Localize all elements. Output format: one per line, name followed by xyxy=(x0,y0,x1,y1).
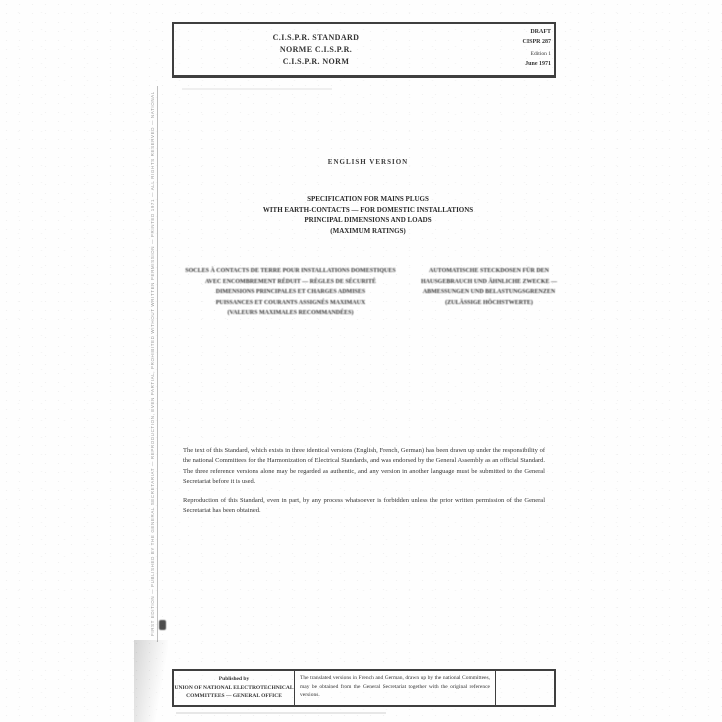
title-en-line-3: PRINCIPAL DIMENSIONS AND LOADS xyxy=(172,215,564,226)
foreword-paragraph-1: The text of this Standard, which exists … xyxy=(183,446,545,488)
publisher-line-2: UNION OF NATIONAL ELECTROTECHNICAL xyxy=(174,684,294,693)
scan-artifact-blob xyxy=(159,620,166,630)
title-fr-line-5: (VALEURS MAXIMALES RECOMMANDÉES) xyxy=(183,308,398,319)
title-fr-line-2: AVEC ENCOMBREMENT RÉDUIT — RÈGLES DE SÉC… xyxy=(183,277,398,288)
scan-smudge-under-header xyxy=(182,88,332,90)
foreword-paragraph-2: Reproduction of this Standard, even in p… xyxy=(183,496,545,517)
version-label: ENGLISH VERSION xyxy=(172,158,564,166)
reference-date: June 1971 xyxy=(481,60,551,70)
standard-name-line-1: C.I.S.P.R. STANDARD xyxy=(200,32,432,44)
spine-rotated-text: FIRST EDITION — PUBLISHED BY THE GENERAL… xyxy=(147,92,160,636)
foreword-block: The text of this Standard, which exists … xyxy=(183,446,545,516)
reference-number: CISPR 287 xyxy=(481,38,551,48)
standard-name-line-2: NORME C.I.S.P.R. xyxy=(200,44,432,56)
title-fr-line-1: SOCLES À CONTACTS DE TERRE POUR INSTALLA… xyxy=(183,266,398,277)
standard-name-block: C.I.S.P.R. STANDARD NORME C.I.S.P.R. C.I… xyxy=(200,32,432,68)
title-de-line-3: ABMESSUNGEN UND BELASTUNGSGRENZEN xyxy=(420,287,558,298)
availability-notice-cell: The translated versions in French and Ge… xyxy=(295,671,496,705)
title-fr-line-3: DIMENSIONS PRINCIPALES ET CHARGES ADMISE… xyxy=(183,287,398,298)
publisher-line-3: COMMITTEES — GENERAL OFFICE xyxy=(174,692,294,701)
footer-box: Published by UNION OF NATIONAL ELECTROTE… xyxy=(172,669,556,707)
reference-draft-label: DRAFT xyxy=(481,28,551,38)
title-fr-line-4: PUISSANCES ET COURANTS ASSIGNÉS MAXIMAUX xyxy=(183,298,398,309)
scan-noise-overlay xyxy=(0,0,722,722)
reference-block: DRAFT CISPR 287 Edition 1 June 1971 xyxy=(481,28,551,69)
title-de-line-1: AUTOMATISCHE STECKDOSEN FÜR DEN xyxy=(420,266,558,277)
title-de-line-2: HAUSGEBRAUCH UND ÄHNLICHE ZWECKE — xyxy=(420,277,558,288)
document-title-french: SOCLES À CONTACTS DE TERRE POUR INSTALLA… xyxy=(183,266,398,319)
standard-name-line-3: C.I.S.P.R. NORM xyxy=(200,56,432,68)
publisher-cell: Published by UNION OF NATIONAL ELECTROTE… xyxy=(174,671,295,705)
document-title-english: SPECIFICATION FOR MAINS PLUGS WITH EARTH… xyxy=(172,194,564,236)
title-en-line-2: WITH EARTH-CONTACTS — FOR DOMESTIC INSTA… xyxy=(172,205,564,216)
scan-corner-smudge xyxy=(134,640,168,722)
scan-smudge-bottom xyxy=(176,712,386,714)
publisher-line-1: Published by xyxy=(174,675,294,684)
title-en-line-1: SPECIFICATION FOR MAINS PLUGS xyxy=(172,194,564,205)
reference-edition: Edition 1 xyxy=(481,50,551,60)
header-box: C.I.S.P.R. STANDARD NORME C.I.S.P.R. C.I… xyxy=(172,22,556,78)
title-en-line-4: (MAXIMUM RATINGS) xyxy=(172,226,564,237)
scanned-document-page: FIRST EDITION — PUBLISHED BY THE GENERAL… xyxy=(0,0,722,722)
document-title-german: AUTOMATISCHE STECKDOSEN FÜR DEN HAUSGEBR… xyxy=(420,266,558,308)
title-de-line-4: (ZULÄSSIGE HÖCHSTWERTE) xyxy=(420,298,558,309)
footer-empty-cell xyxy=(496,671,554,705)
